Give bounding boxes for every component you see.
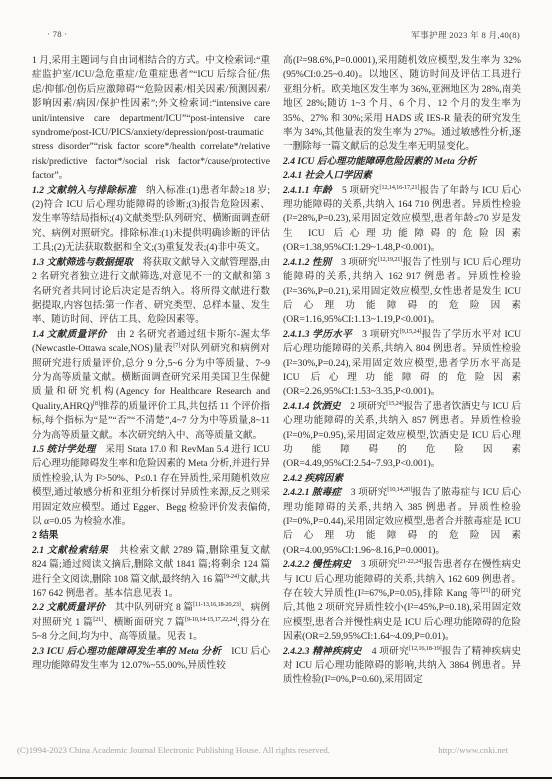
inline-heading: 2.4.2.1 脓毒症: [283, 487, 341, 498]
text-run: 3 项研究: [341, 487, 387, 498]
footer-url: http://www.cnki.net: [438, 745, 508, 755]
inline-heading: 2.4.1.4 饮酒史: [283, 401, 341, 412]
paragraph: 1.3 文献筛选与数据提取 将获取文献导入文献管理器,由 2 名研究者独立进行文…: [32, 256, 270, 328]
paragraph: 2.4.1.1 年龄 5 项研究[12,14,16-17,21]报告了年龄与 I…: [283, 184, 521, 256]
text-run: 高(I²=98.6%,P=0.0001),采用随机效应模型,发生率为 32%(9…: [283, 55, 521, 152]
text-run: 其中队列研究 8 篇: [105, 602, 193, 613]
citation-ref: [8]: [93, 400, 100, 407]
citation-ref: [9-24]: [224, 572, 239, 579]
inline-heading: 2 结果: [32, 530, 58, 541]
citation-ref: [21-22,24]: [398, 558, 423, 565]
inline-heading: 2.4.1 社会人口学因素: [283, 170, 372, 181]
paragraph: 1.4 文献质量评价 由 2 名研究者通过纽卡斯尔-渥太华(Newcastle-…: [32, 328, 270, 443]
page-header: · 78 · 军事护理 2023 年 8 月,40(8): [47, 29, 520, 41]
inline-heading: 2.4 ICU 后心理功能障碍危险因素的 Meta 分析: [283, 156, 476, 167]
text-run: 、横断面研究 7 篇: [103, 617, 185, 628]
inline-heading: 1.2 文献纳入与排除标准: [32, 185, 136, 196]
citation-ref: [10,14,20]: [387, 486, 412, 493]
citation-ref: [15,24]: [386, 400, 403, 407]
page-number: · 78 ·: [47, 29, 67, 41]
inline-heading: 2.4.1.3 学历水平: [283, 329, 352, 340]
text-run: 1 月,采用主题词与自由词相结合的方式。中文检索词:“重症监护室/ICU/急危重…: [32, 55, 270, 181]
paragraph: 1.5 统计学处理 采用 Stata 17.0 和 RevMan 5.4 进行 …: [32, 443, 270, 529]
text-run: 2 项研究: [341, 401, 387, 412]
paragraph: 1 月,采用主题词与自由词相结合的方式。中文检索词:“重症监护室/ICU/急危重…: [32, 54, 270, 184]
text-run: 4 项研究: [362, 646, 409, 657]
citation-ref: [9,15,24]: [400, 328, 422, 335]
paragraph: 2.4.2.2 慢性病史 3 项研究[21-22,24]报告患者存在慢性病史与 …: [283, 558, 521, 644]
citation-ref: [12,14,16-17,21]: [379, 183, 419, 190]
text-run: 3 项研究: [351, 559, 398, 570]
paragraph: 2.3 ICU 后心理功能障碍发生率的 Meta 分析 ICU 后心理功能障碍发…: [32, 645, 270, 674]
text-run: 3 项研究: [331, 257, 377, 268]
text-run: 5 项研究: [332, 185, 379, 196]
citation-ref: [21]: [480, 587, 490, 594]
copyright-text: (C)1994-2023 China Academic Journal Elec…: [17, 745, 330, 755]
inline-heading: 2.4.1.1 年龄: [283, 185, 332, 196]
subsection-heading: 2.4.1 社会人口学因素: [283, 169, 521, 183]
inline-heading: 1.5 统计学处理: [32, 444, 96, 455]
subsection-heading: 2.4.2 疾病因素: [283, 472, 521, 486]
paragraph: 1.2 文献纳入与排除标准 纳入标准:(1)患者年龄≥18 岁;(2)符合 IC…: [32, 184, 270, 256]
paragraph: 2.4.1.3 学历水平 3 项研究[9,15,24]报告了学历水平对 ICU …: [283, 328, 521, 400]
footer-rule: [0, 777, 552, 779]
page-footer: (C)1994-2023 China Academic Journal Elec…: [17, 745, 508, 755]
left-column: 1 月,采用主题词与自由词相结合的方式。中文检索词:“重症监护室/ICU/急危重…: [32, 54, 270, 688]
inline-heading: 2.3 ICU 后心理功能障碍发生率的 Meta 分析: [32, 646, 221, 657]
paragraph: 高(I²=98.6%,P=0.0001),采用随机效应模型,发生率为 32%(9…: [283, 54, 521, 155]
inline-heading: 2.4.2 疾病因素: [283, 473, 343, 484]
text-run: 采用 Stata 17.0 和 RevMan 5.4 进行 ICU 后心理功能障…: [32, 444, 270, 527]
paragraph: 2.4.2.3 精神疾病史 4 项研究[12,16,18-19]报告了精神疾病史…: [283, 645, 521, 688]
citation-ref: [12,16,18-19]: [409, 644, 442, 651]
article-body: 1 月,采用主题词与自由词相结合的方式。中文检索词:“重症监护室/ICU/急危重…: [32, 54, 521, 688]
inline-heading: 1.4 文献质量评价: [32, 329, 107, 340]
citation-ref: [11-13,16,18-20,23]: [193, 601, 241, 608]
subsection-heading: 2.4 ICU 后心理功能障碍危险因素的 Meta 分析: [283, 155, 521, 169]
paragraph: 2.4.1.4 饮酒史 2 项研究[15,24]报告了患者饮酒史与 ICU 后心…: [283, 400, 521, 472]
inline-heading: 2.4.1.2 性别: [283, 257, 331, 268]
right-column: 高(I²=98.6%,P=0.0001),采用随机效应模型,发生率为 32%(9…: [283, 54, 521, 688]
section-heading: 2 结果: [32, 529, 270, 543]
citation-ref: [21]: [93, 616, 103, 623]
inline-heading: 1.3 文献筛选与数据提取: [32, 257, 133, 268]
text-run: 3 项研究: [352, 329, 400, 340]
journal-issue-info: 军事护理 2023 年 8 月,40(8): [411, 29, 520, 41]
citation-ref: [9-10,14-15,17,22,24]: [185, 616, 237, 623]
inline-heading: 2.1 文献检索结果: [32, 545, 109, 556]
inline-heading: 2.4.2.3 精神疾病史: [283, 646, 362, 657]
inline-heading: 2.2 文献质量评价: [32, 602, 105, 613]
paragraph: 2.4.1.2 性别 3 项研究[12,19,21]报告了性别与 ICU 后心理…: [283, 256, 521, 328]
paragraph: 2.2 文献质量评价 其中队列研究 8 篇[11-13,16,18-20,23]…: [32, 601, 270, 644]
citation-ref: [12,19,21]: [378, 256, 403, 263]
paragraph: 2.4.2.1 脓毒症 3 项研究[10,14,20]报告了脓毒症与 ICU 后…: [283, 486, 521, 558]
paragraph: 2.1 文献检索结果 共检索文献 2789 篇,删除重复文献 824 篇;通过阅…: [32, 544, 270, 602]
inline-heading: 2.4.2.2 慢性病史: [283, 559, 351, 570]
